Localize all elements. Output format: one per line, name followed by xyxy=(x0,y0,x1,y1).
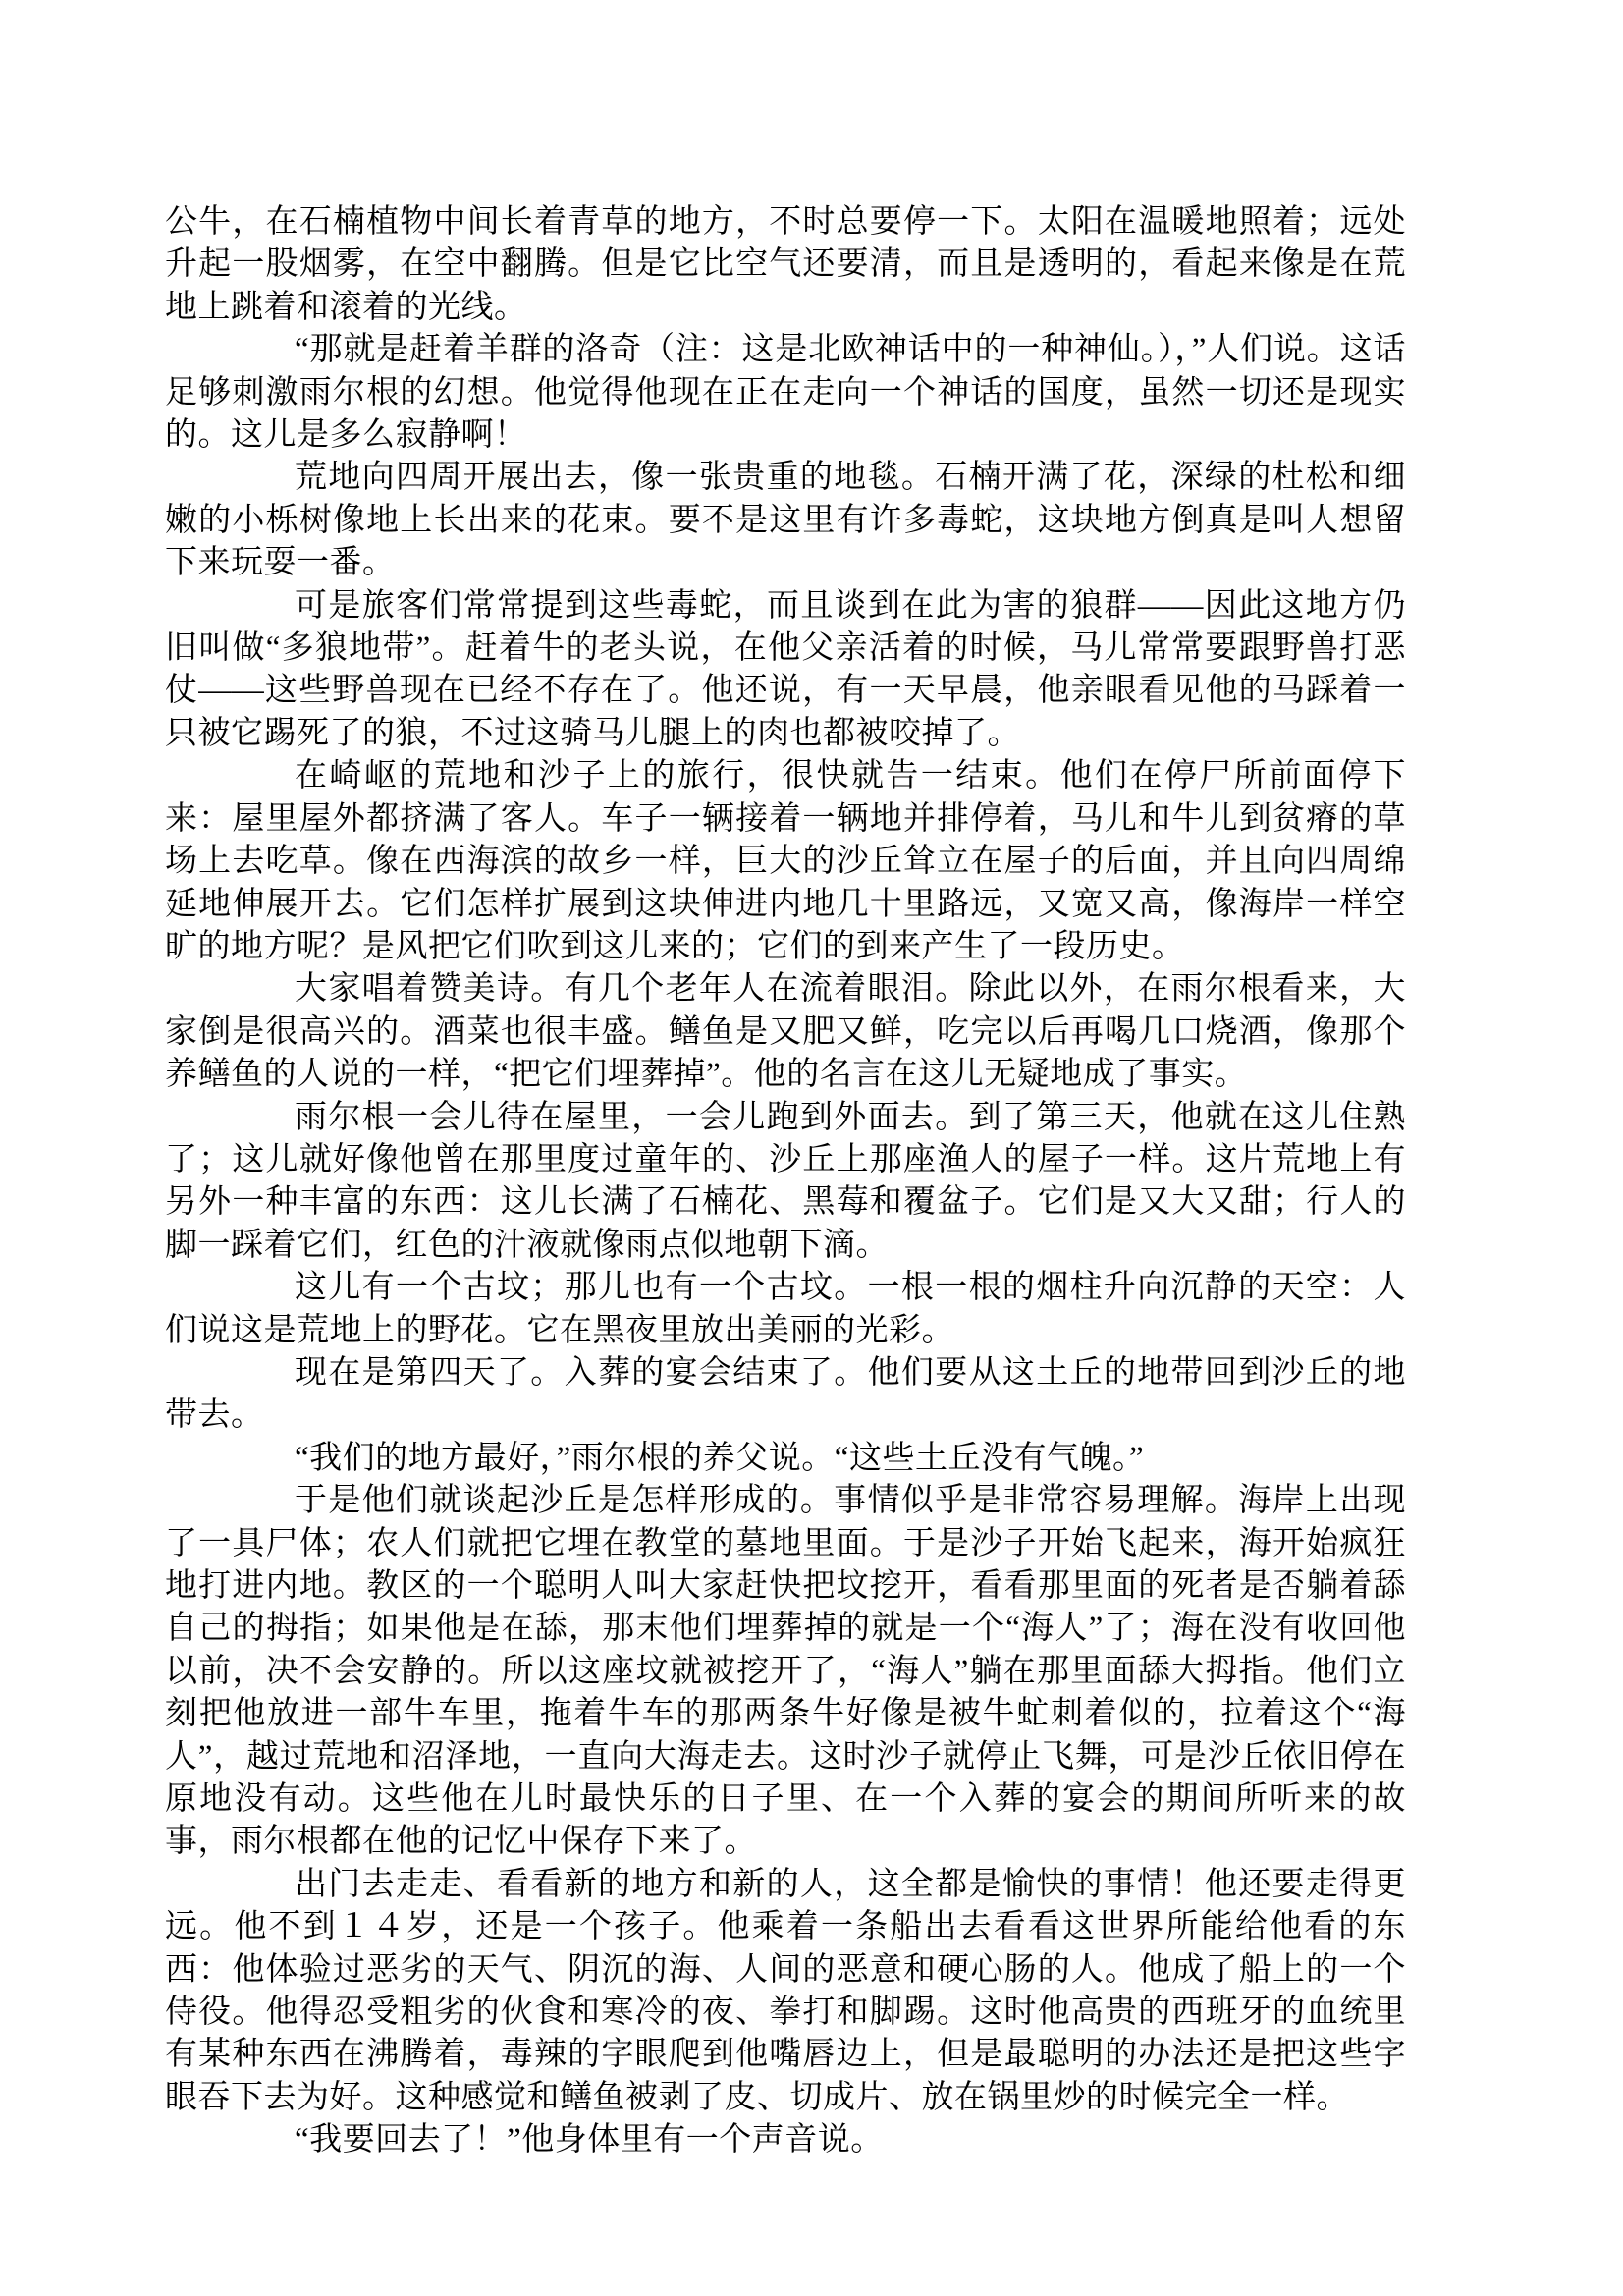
paragraph: 在崎岖的荒地和沙子上的旅行，很快就告一结束。他们在停尸所前面停下来：屋里屋外都挤… xyxy=(165,755,1406,968)
paragraph: 这儿有一个古坟；那儿也有一个古坟。一根一根的烟柱升向沉静的天空：人们说这是荒地上… xyxy=(165,1267,1406,1352)
paragraph: 可是旅客们常常提到这些毒蛇，而且谈到在此为害的狼群——因此这地方仍旧叫做“多狼地… xyxy=(165,585,1406,756)
paragraph: 雨尔根一会儿待在屋里，一会儿跑到外面去。到了第三天，他就在这儿住熟了；这儿就好像… xyxy=(165,1097,1406,1268)
paragraph: 大家唱着赞美诗。有几个老年人在流着眼泪。除此以外，在雨尔根看来，大家倒是很高兴的… xyxy=(165,968,1406,1096)
paragraph: 出门去走走、看看新的地方和新的人，这全都是愉快的事情！他还要走得更远。他不到１４… xyxy=(165,1864,1406,2119)
paragraph: 现在是第四天了。入葬的宴会结束了。他们要从这土丘的地带回到沙丘的地带去。 xyxy=(165,1352,1406,1438)
paragraph: 荒地向四周开展出去，像一张贵重的地毯。石楠开满了花，深绿的杜松和细嫩的小栎树像地… xyxy=(165,457,1406,584)
page-text: 公牛，在石楠植物中间长着青草的地方，不时总要停一下。太阳在温暖地照着；远处升起一… xyxy=(165,201,1406,2162)
document-page: 公牛，在石楠植物中间长着青草的地方，不时总要停一下。太阳在温暖地照着；远处升起一… xyxy=(0,0,1623,2296)
paragraph: 公牛，在石楠植物中间长着青草的地方，不时总要停一下。太阳在温暖地照着；远处升起一… xyxy=(165,201,1406,329)
paragraph: “我们的地方最好，”雨尔根的养父说。“这些土丘没有气魄。” xyxy=(165,1438,1406,1480)
paragraph: 于是他们就谈起沙丘是怎样形成的。事情似乎是非常容易理解。海岸上出现了一具尸体；农… xyxy=(165,1480,1406,1864)
paragraph: “那就是赶着羊群的洛奇（注：这是北欧神话中的一种神仙。），”人们说。这话足够刺激… xyxy=(165,329,1406,457)
paragraph: “我要回去了！”他身体里有一个声音说。 xyxy=(165,2119,1406,2161)
